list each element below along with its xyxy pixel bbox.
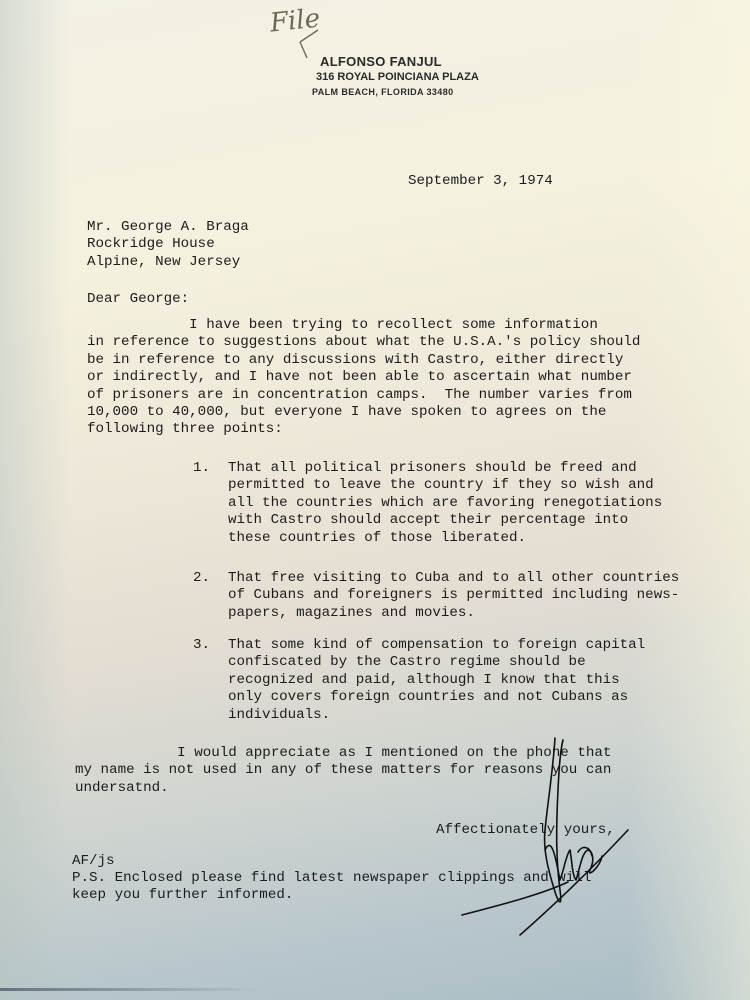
body-paragraph-2: I would appreciate as I mentioned on the… — [75, 745, 611, 797]
letterhead-address-line1: 316 ROYAL POINCIANA PLAZA — [316, 71, 479, 83]
typist-initials: AF/js — [72, 853, 115, 870]
letter-date: September 3, 1974 — [408, 173, 553, 190]
letterhead-address-line2: PALM BEACH, FLORIDA 33480 — [312, 87, 454, 97]
salutation: Dear George: — [87, 291, 189, 308]
postscript: P.S. Enclosed please find latest newspap… — [72, 870, 591, 905]
closing: Affectionately yours, — [436, 822, 615, 839]
point-1-number: 1. — [193, 460, 210, 477]
point-3-text: That some kind of compensation to foreig… — [228, 637, 645, 724]
point-3-number: 3. — [193, 637, 210, 654]
paper-shadow-left — [0, 0, 70, 1000]
point-2-number: 2. — [193, 570, 210, 587]
point-2-text: That free visiting to Cuba and to all ot… — [228, 570, 679, 622]
paper-bottom-edge — [0, 988, 260, 991]
handwritten-file-note: File — [269, 3, 322, 38]
body-paragraph-1: I have been trying to recollect some inf… — [87, 317, 640, 439]
letterhead-name: ALFONSO FANJUL — [320, 54, 442, 69]
point-1-text: That all political prisoners should be f… — [228, 460, 662, 547]
recipient-address: Mr. George A. Braga Rockridge House Alpi… — [87, 219, 249, 271]
